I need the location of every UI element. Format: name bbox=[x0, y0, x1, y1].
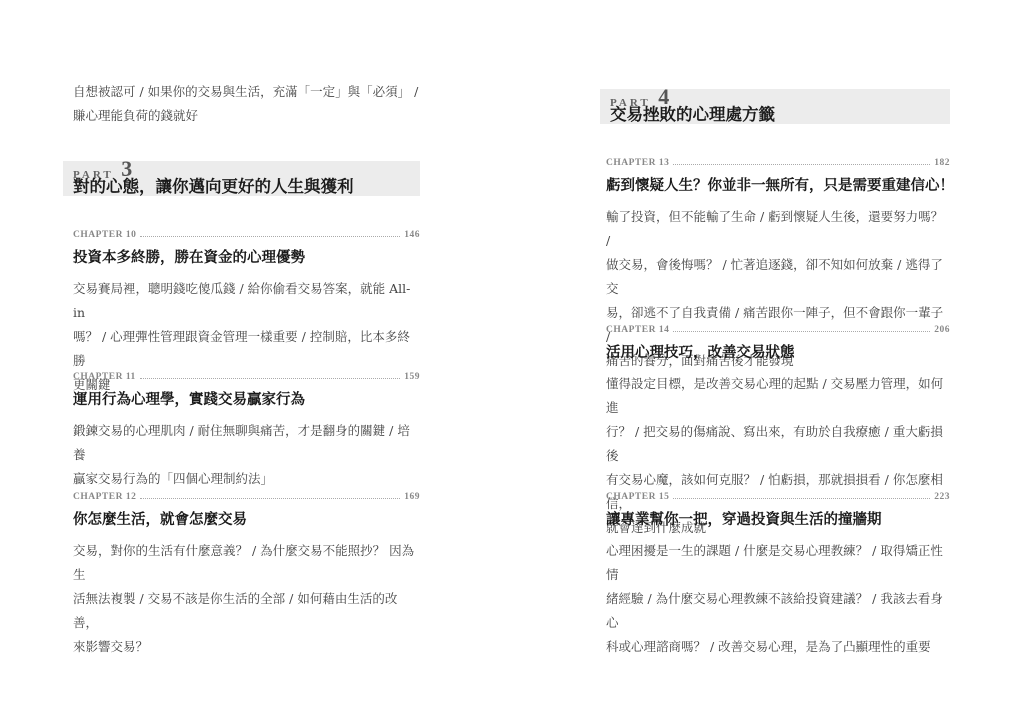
chapter-label: CHAPTER 13 bbox=[606, 158, 669, 168]
chapter-page-number: 182 bbox=[934, 158, 950, 168]
chapter-label: CHAPTER 10 bbox=[73, 230, 136, 240]
chapter-description: 鍛鍊交易的心理肌肉 / 耐住無聊與痛苦，才是翻身的關鍵 / 培養 贏家交易行為的… bbox=[73, 419, 420, 491]
part-label: PART 4 bbox=[610, 89, 950, 105]
chapter-label: CHAPTER 11 bbox=[73, 372, 136, 382]
chapter-title: 活用心理技巧，改善交易狀態 bbox=[606, 343, 950, 363]
chapter-label: CHAPTER 14 bbox=[606, 325, 669, 335]
chapter-title: 你怎麼生活，就會怎麼交易 bbox=[73, 510, 420, 530]
chapter-head: CHAPTER 11 159 bbox=[73, 370, 420, 384]
intro-continuation: 自想被認可 / 如果你的交易與生活，充滿「一定」與「必須」 / 賺心理能負荷的錢… bbox=[73, 80, 423, 128]
chapter-description: 心理困擾是一生的課題 / 什麼是交易心理教練？ / 取得矯正性情 緒經驗 / 為… bbox=[606, 539, 950, 659]
intro-line: 賺心理能負荷的錢就好 bbox=[73, 104, 423, 128]
chapter-head: CHAPTER 14 206 bbox=[606, 323, 950, 337]
dot-leader bbox=[673, 156, 930, 165]
chapter-15[interactable]: CHAPTER 15 223 讓專業幫你一把，穿過投資與生活的撞牆期 心理困擾是… bbox=[606, 490, 950, 659]
part-label: PART 3 bbox=[73, 161, 420, 177]
chapter-head: CHAPTER 15 223 bbox=[606, 490, 950, 504]
chapter-head: CHAPTER 13 182 bbox=[606, 156, 950, 170]
dot-leader bbox=[140, 370, 400, 379]
chapter-page-number: 146 bbox=[404, 230, 420, 240]
chapter-title: 虧到懷疑人生？你並非一無所有，只是需要重建信心！ bbox=[606, 176, 950, 196]
chapter-page-number: 206 bbox=[934, 325, 950, 335]
intro-line: 自想被認可 / 如果你的交易與生活，充滿「一定」與「必須」 / bbox=[73, 80, 423, 104]
chapter-label: CHAPTER 12 bbox=[73, 492, 136, 502]
chapter-page-number: 159 bbox=[404, 372, 420, 382]
part-3-header: PART 3 對的心態，讓你邁向更好的人生與獲利 bbox=[63, 161, 420, 196]
part-title: 交易挫敗的心理處方籤 bbox=[610, 104, 950, 126]
chapter-title: 讓專業幫你一把，穿過投資與生活的撞牆期 bbox=[606, 510, 950, 530]
dot-leader bbox=[673, 490, 930, 499]
chapter-description: 交易，對你的生活有什麼意義？ / 為什麼交易不能照抄？ 因為生 活無法複製 / … bbox=[73, 539, 420, 659]
chapter-11[interactable]: CHAPTER 11 159 運用行為心理學，實踐交易贏家行為 鍛鍊交易的心理肌… bbox=[73, 370, 420, 491]
chapter-title: 運用行為心理學，實踐交易贏家行為 bbox=[73, 390, 420, 410]
chapter-head: CHAPTER 12 169 bbox=[73, 490, 420, 504]
chapter-label: CHAPTER 15 bbox=[606, 492, 669, 502]
chapter-12[interactable]: CHAPTER 12 169 你怎麼生活，就會怎麼交易 交易，對你的生活有什麼意… bbox=[73, 490, 420, 659]
dot-leader bbox=[140, 228, 400, 237]
dot-leader bbox=[673, 323, 930, 332]
dot-leader bbox=[140, 490, 400, 499]
chapter-head: CHAPTER 10 146 bbox=[73, 228, 420, 242]
chapter-title: 投資本多終勝，勝在資金的心理優勢 bbox=[73, 248, 420, 268]
part-4-header: PART 4 交易挫敗的心理處方籤 bbox=[600, 89, 950, 124]
part-title: 對的心態，讓你邁向更好的人生與獲利 bbox=[73, 176, 420, 198]
chapter-page-number: 223 bbox=[934, 492, 950, 502]
chapter-page-number: 169 bbox=[404, 492, 420, 502]
